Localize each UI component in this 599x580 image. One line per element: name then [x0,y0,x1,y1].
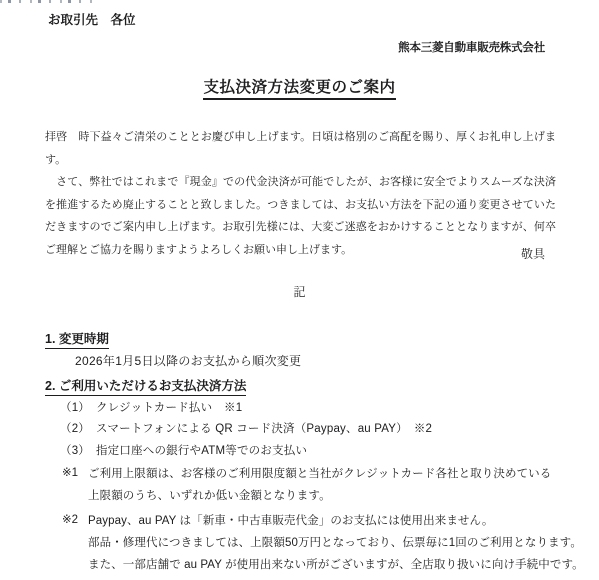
note-2-line-3: また、一部店舗で au PAY が使用出来ない所がございますが、全店取り扱いに向… [88,556,584,572]
note-1-line-1: ご利用上限額は、お客様のご利用限度額と当社がクレジットカード各社と取り決めている [88,465,551,481]
note-2-line-2: 部品・修理代につきましては、上限額50万円となっており、伝票毎に1回のご利用とな… [88,534,582,550]
record-marker: 記 [0,283,599,300]
payment-method-item-3: （3） 指定口座への銀行やATM等でのお支払い [60,442,307,458]
section-2-heading-text: 2. ご利用いただけるお支払決済方法 [45,376,246,396]
letter-main-paragraph: さて、弊社ではこれまで『現金』での代金決済が可能でしたが、お客様に安全でよりスム… [45,171,556,261]
document-title: 支払決済方法変更のご案内 [0,75,599,100]
note-2-marker: ※2 [62,512,78,526]
clipped-date-line-remnant [0,0,96,3]
note-1-line-2: 上限額のうち、いずれか低い金額となります。 [88,487,331,503]
section-1-heading-text: 1. 変更時期 [45,329,109,349]
section-2-heading: 2. ご利用いただけるお支払決済方法 [45,376,246,396]
letter-body: 拝啓 時下益々ご清栄のこととお慶び申し上げます。日頃は格別のご高配を賜り、厚くお… [45,126,556,261]
letter-closing: 敬具 [521,245,545,262]
letter-greeting-paragraph: 拝啓 時下益々ご清栄のこととお慶び申し上げます。日頃は格別のご高配を賜り、厚くお… [45,126,556,171]
note-2-line-1: Paypay、au PAY は「新車・中古車販売代金」のお支払には使用出来ません… [88,512,493,528]
payment-method-item-1: （1） クレジットカード払い ※1 [60,399,242,415]
document-title-text: 支払決済方法変更のご案内 [203,75,395,100]
note-1-marker: ※1 [62,465,78,479]
notice-document-page: お取引先 各位 熊本三菱自動車販売株式会社 支払決済方法変更のご案内 拝啓 時下… [0,0,599,580]
recipient-line: お取引先 各位 [48,10,136,28]
payment-method-item-2: （2） スマートフォンによる QR コード決済（Paypay、au PAY） ※… [60,420,432,436]
section-1-heading: 1. 変更時期 [45,329,109,349]
company-name: 熊本三菱自動車販売株式会社 [398,39,545,55]
section-1-content: 2026年1月5日以降のお支払から順次変更 [75,352,301,369]
